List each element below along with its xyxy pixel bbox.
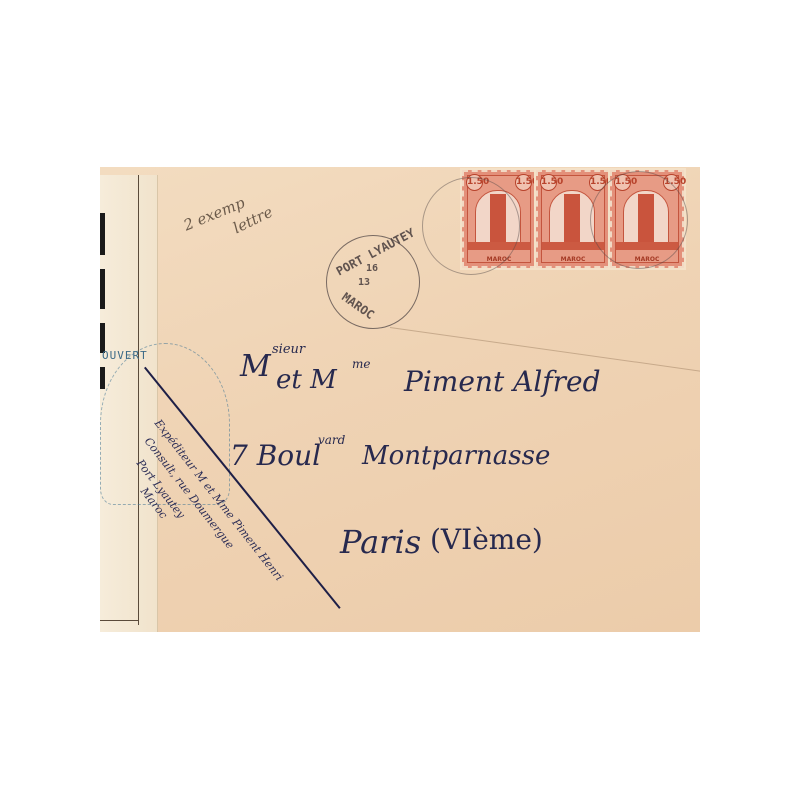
address-district: (VIème) [430,523,543,556]
postmark-circle-2 [422,177,520,275]
censor-bars [100,213,106,403]
address-salutation-sup: sieur [272,342,305,357]
address-line1-sup: me [352,357,370,371]
address-city: Paris [340,523,421,561]
address-name: Piment Alfred [404,365,601,398]
address-street-sup: vard [318,433,345,447]
envelope: OUVERT 1.50 1.50 MAROC 1.50 1.50 MAROC 1… [100,167,700,632]
stamp-value: 1.50 [540,174,557,191]
address-line1-mid: et M [276,365,337,395]
hassan-tower-icon [564,194,580,248]
postmark-day: 13 [358,277,370,288]
censor-cachet-label: OUVERT [102,349,148,362]
postmark-time: 16 [366,263,378,274]
address-street-name: Montparnasse [362,441,550,471]
censor-strip-frame [100,620,138,621]
address-line1-prefix: M [240,349,271,384]
address-street-number: 7 Boul [230,439,321,472]
postmark-circle-3 [590,171,688,269]
stamp-value: 1.50 [515,174,532,191]
stamp-country: MAROC [538,256,608,263]
